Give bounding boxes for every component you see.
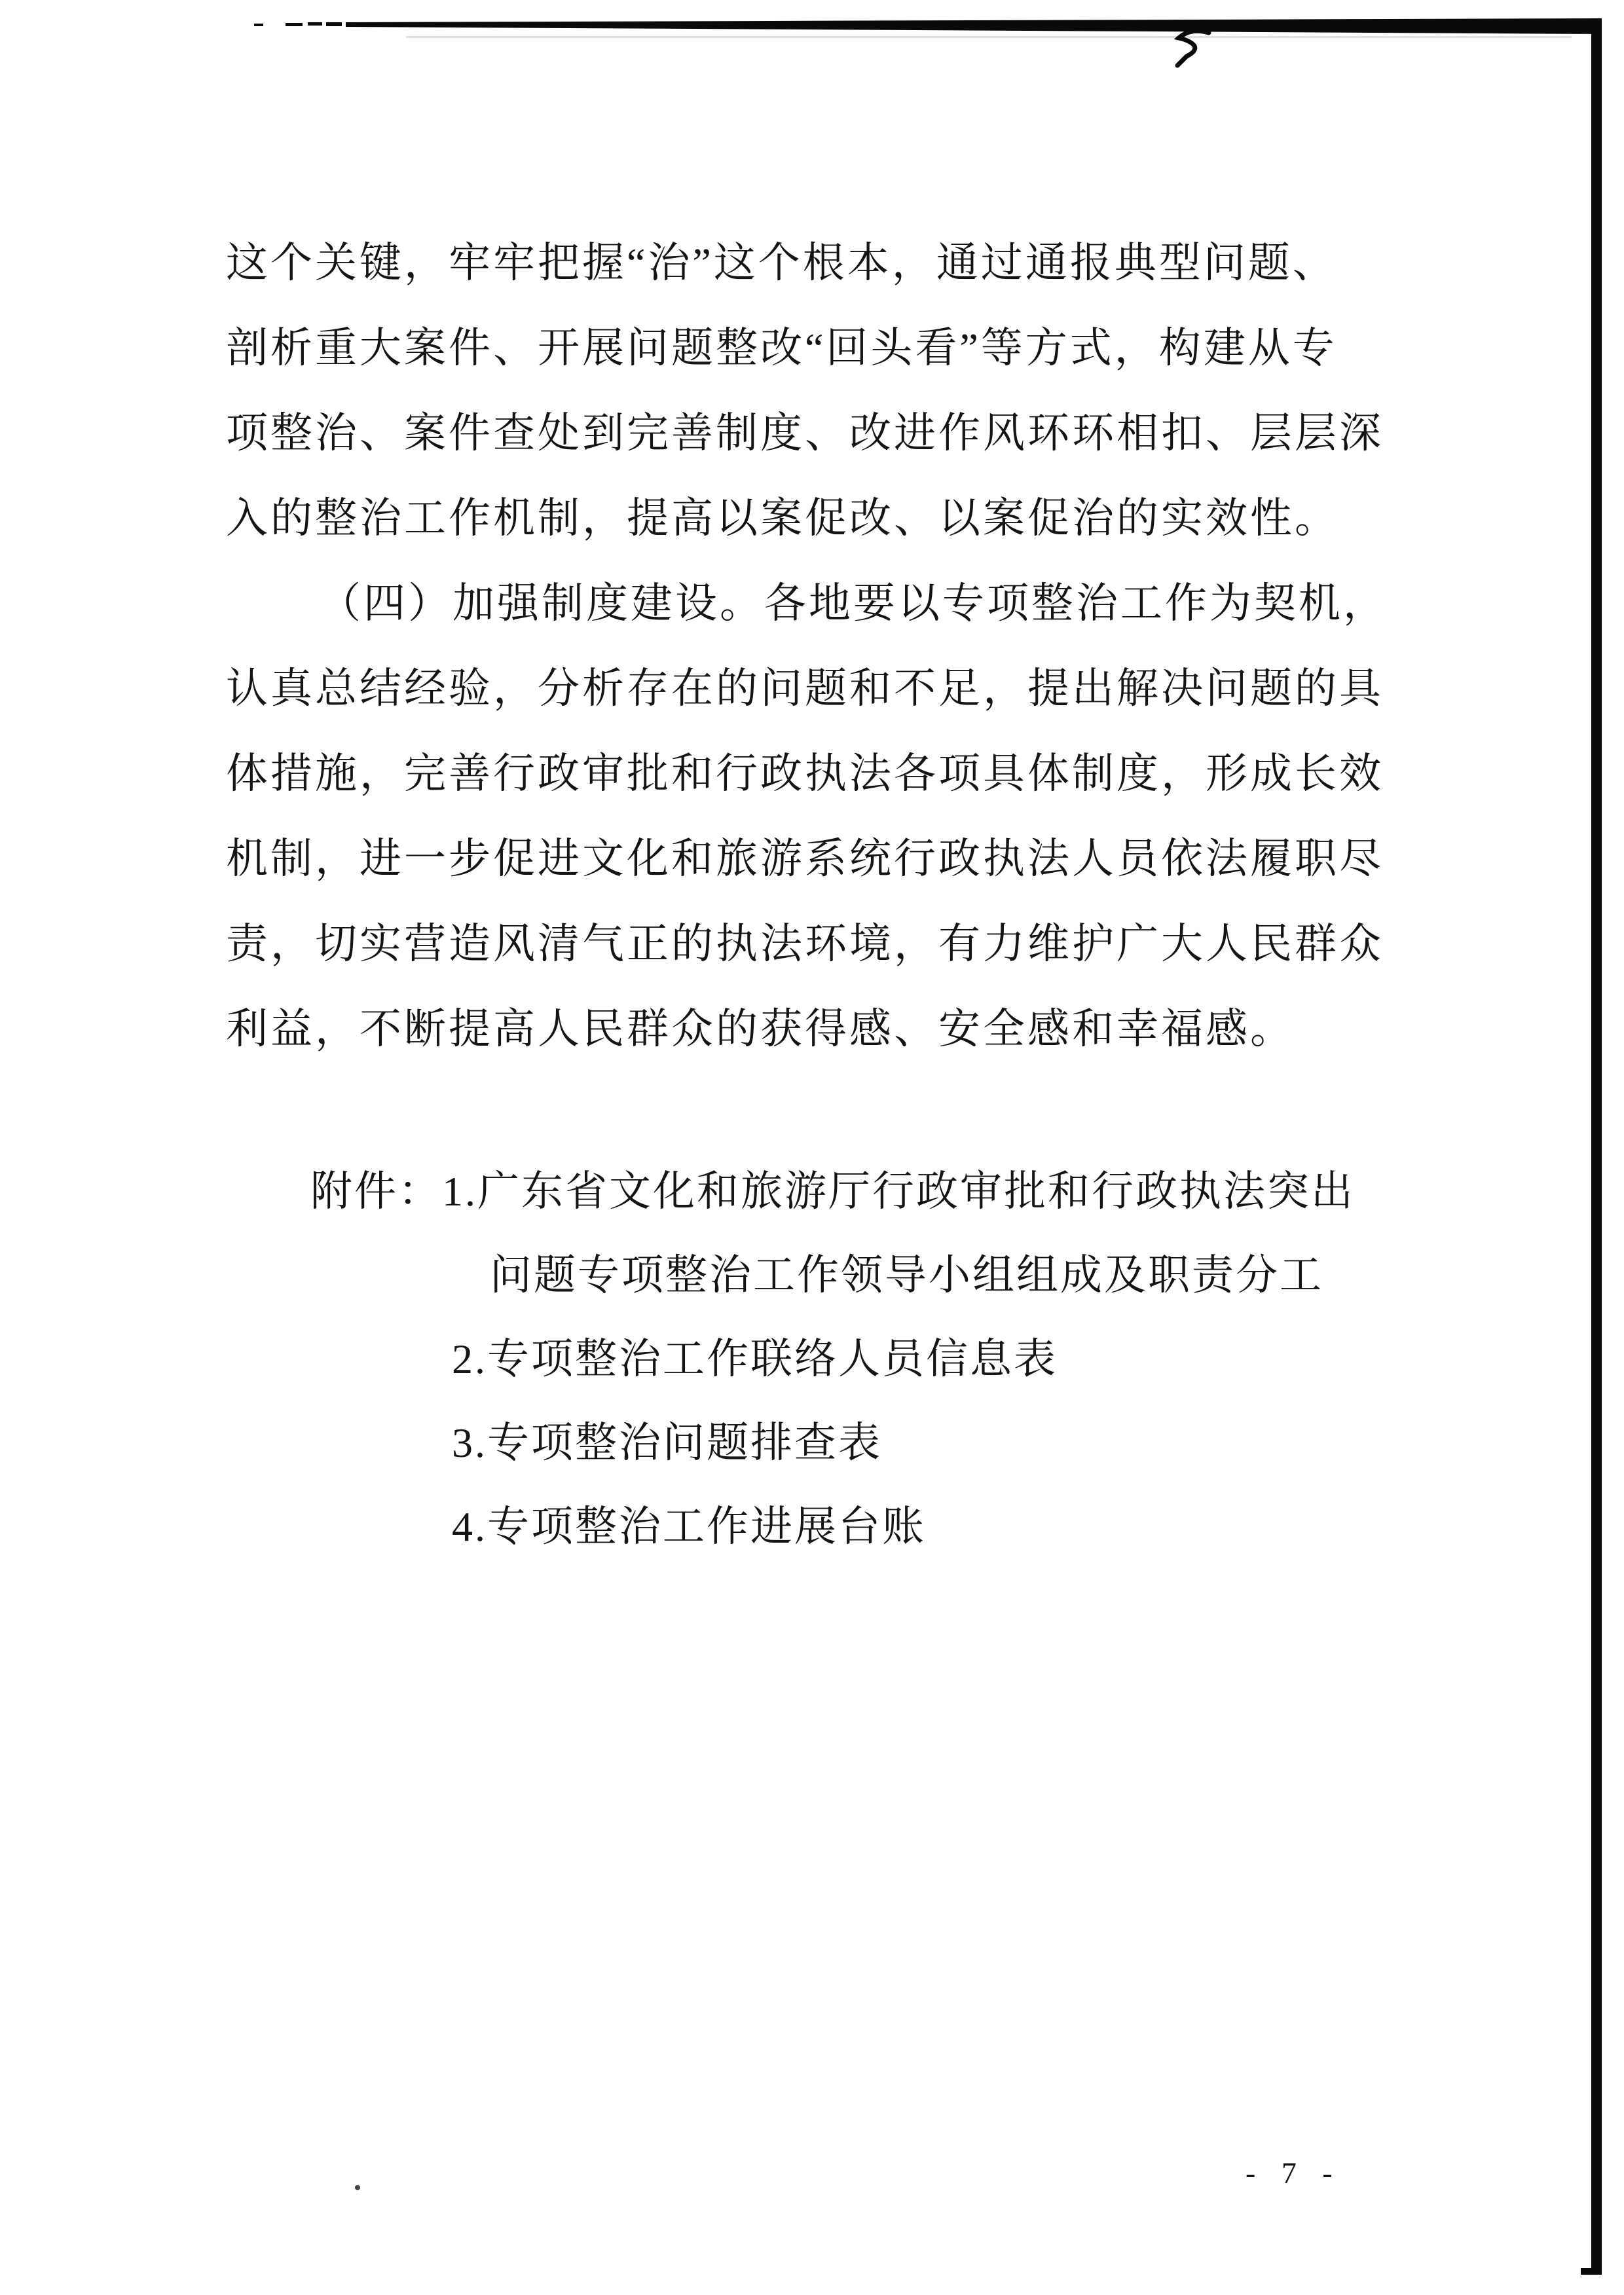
body-line: 体措施，完善行政审批和行政执法各项具体制度，形成长效 [226, 731, 1418, 817]
scan-band-shadow [406, 36, 1572, 38]
body-line: 这个关键，牢牢把握“治”这个根本，通过通报典型问题、 [226, 221, 1418, 306]
attachment-item-2: 2.专项整治工作联络人员信息表 [452, 1317, 1624, 1401]
page-number: - 7 - [1246, 2156, 1342, 2190]
attachment-line-1: 附件：1.广东省文化和旅游厅行政审批和行政执法突出 [310, 1150, 1624, 1234]
scan-right-edge-foot [1581, 2268, 1594, 2275]
body-line: 责，切实营造风清气正的执法环境，有力维护广大人民群众 [226, 902, 1418, 987]
pen-squiggle-mark [1177, 31, 1209, 65]
attachment-item-4: 4.专项整治工作进展台账 [452, 1485, 1624, 1569]
body-line: 项整治、案件查处到完善制度、改进作风环环相扣、层层深 [226, 391, 1418, 476]
body-line: 机制，进一步促进文化和旅游系统行政执法人员依法履职尽 [226, 817, 1418, 902]
scan-band-top [346, 18, 1602, 34]
body-line-paragraph-start: （四）加强制度建设。各地要以专项整治工作为契机， [226, 561, 1418, 646]
ink-dot [355, 2185, 360, 2190]
scan-band-dashes [254, 22, 342, 26]
attachment-label: 附件： [310, 1168, 442, 1215]
document-body: 这个关键，牢牢把握“治”这个根本，通过通报典型问题、 剖析重大案件、开展问题整改… [226, 221, 1418, 1072]
body-line: 入的整治工作机制，提高以案促改、以案促治的实效性。 [226, 476, 1418, 561]
attachment-section: 附件：1.广东省文化和旅游厅行政审批和行政执法突出 问题专项整治工作领导小组组成… [0, 1150, 1624, 1569]
document-page: 这个关键，牢牢把握“治”这个根本，通过通报典型问题、 剖析重大案件、开展问题整改… [0, 0, 1624, 2295]
attachment-item-1-continuation: 问题专项整治工作领导小组组成及职责分工 [490, 1234, 1624, 1317]
body-line: 认真总结经验，分析存在的问题和不足，提出解决问题的具 [226, 646, 1418, 731]
body-line: 剖析重大案件、开展问题整改“回头看”等方式，构建从专 [226, 306, 1418, 391]
scan-right-edge-line [1591, 18, 1602, 2275]
attachment-item-3: 3.专项整治问题排查表 [452, 1401, 1624, 1485]
body-line: 利益，不断提高人民群众的获得感、安全感和幸福感。 [226, 987, 1418, 1072]
attachment-item-1-text: 1.广东省文化和旅游厅行政审批和行政执法突出 [442, 1168, 1355, 1215]
